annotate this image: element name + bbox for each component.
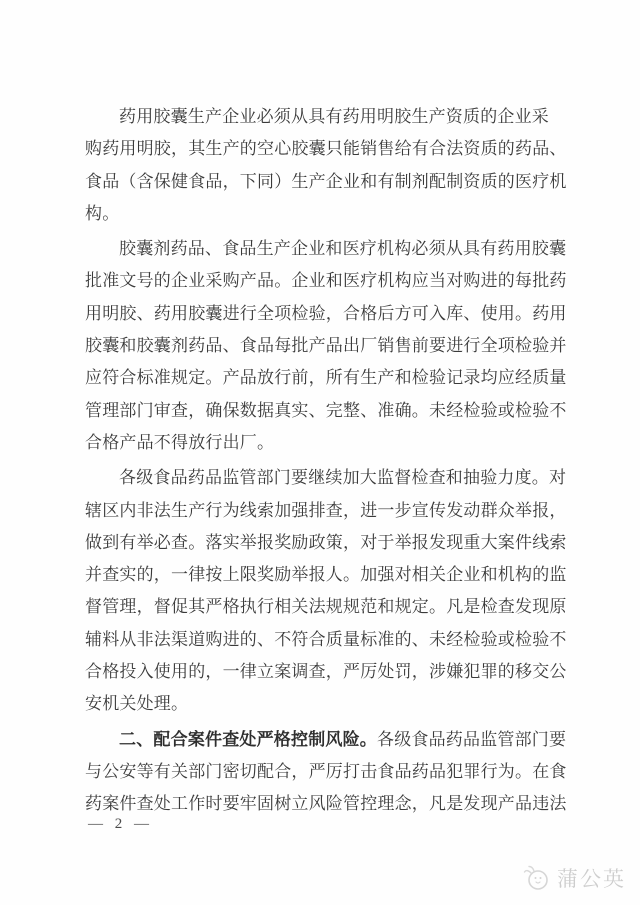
watermark-brand: 蒲公英 <box>557 863 626 893</box>
text-line: 构。 <box>85 198 561 230</box>
text-line: 与公安等有关部门密切配合，严厉打击食品药品犯罪行为。在食 <box>85 756 561 788</box>
text-line: 批准文号的企业采购产品。企业和医疗机构应当对购进的每批药 <box>85 265 561 297</box>
page-number: — 2 — <box>88 816 153 833</box>
section-heading: 二、配合案件查处严格控制风险。 <box>119 730 377 749</box>
text-line: 胶囊和胶囊剂药品、食品每批产品出厂销售前要进行全项检验并 <box>85 330 561 362</box>
text-line: 合格产品不得放行出厂。 <box>85 427 561 459</box>
dandelion-logo-icon <box>522 863 552 893</box>
text-line: 二、配合案件查处严格控制风险。各级食品药品监管部门要 <box>85 724 561 756</box>
text-line: 应符合标准规定。产品放行前，所有生产和检验记录均应经质量 <box>85 362 561 394</box>
paragraph: 药用胶囊生产企业必须从具有药用明胶生产资质的企业采购药用明胶，其生产的空心胶囊只… <box>85 101 561 230</box>
text-line: 购药用明胶，其生产的空心胶囊只能销售给有合法资质的药品、 <box>85 133 561 165</box>
text-line: 管理部门审查，确保数据真实、完整、准确。未经检验或检验不 <box>85 395 561 427</box>
document-page: 药用胶囊生产企业必须从具有药用明胶生产资质的企业采购药用明胶，其生产的空心胶囊只… <box>0 0 640 905</box>
text-line: 药案件查处工作时要牢固树立风险管控理念，凡是发现产品违法 <box>85 788 561 820</box>
watermark: 蒲公英 <box>522 863 626 893</box>
paragraph: 各级食品药品监管部门要继续加大监督检查和抽验力度。对辖区内非法生产行为线索加强排… <box>85 462 561 720</box>
text-line: 督管理，督促其严格执行相关法规规范和规定。凡是检查发现原 <box>85 591 561 623</box>
text-line: 用明胶、药用胶囊进行全项检验，合格后方可入库、使用。药用 <box>85 298 561 330</box>
text-line: 合格投入使用的，一律立案调查，严厉处罚，涉嫌犯罪的移交公 <box>85 656 561 688</box>
text-run: 各级食品药品监管部门要 <box>377 730 566 749</box>
text-line: 各级食品药品监管部门要继续加大监督检查和抽验力度。对 <box>85 462 561 494</box>
text-line: 辅料从非法渠道购进的、不符合质量标准的、未经检验或检验不 <box>85 624 561 656</box>
paragraph: 胶囊剂药品、食品生产企业和医疗机构必须从具有药用胶囊批准文号的企业采购产品。企业… <box>85 233 561 459</box>
text-line: 胶囊剂药品、食品生产企业和医疗机构必须从具有药用胶囊 <box>85 233 561 265</box>
text-line: 食品（含保健食品，下同）生产企业和有制剂配制资质的医疗机 <box>85 166 561 198</box>
text-line: 辖区内非法生产行为线索加强排查，进一步宣传发动群众举报， <box>85 495 561 527</box>
document-body: 药用胶囊生产企业必须从具有药用明胶生产资质的企业采购药用明胶，其生产的空心胶囊只… <box>85 101 561 821</box>
paragraph: 二、配合案件查处严格控制风险。各级食品药品监管部门要与公安等有关部门密切配合，严… <box>85 724 561 821</box>
text-line: 药用胶囊生产企业必须从具有药用明胶生产资质的企业采 <box>85 101 561 133</box>
text-line: 安机关处理。 <box>85 688 561 720</box>
text-line: 做到有举必查。落实举报奖励政策，对于举报发现重大案件线索 <box>85 527 561 559</box>
text-line: 并查实的，一律按上限奖励举报人。加强对相关企业和机构的监 <box>85 559 561 591</box>
